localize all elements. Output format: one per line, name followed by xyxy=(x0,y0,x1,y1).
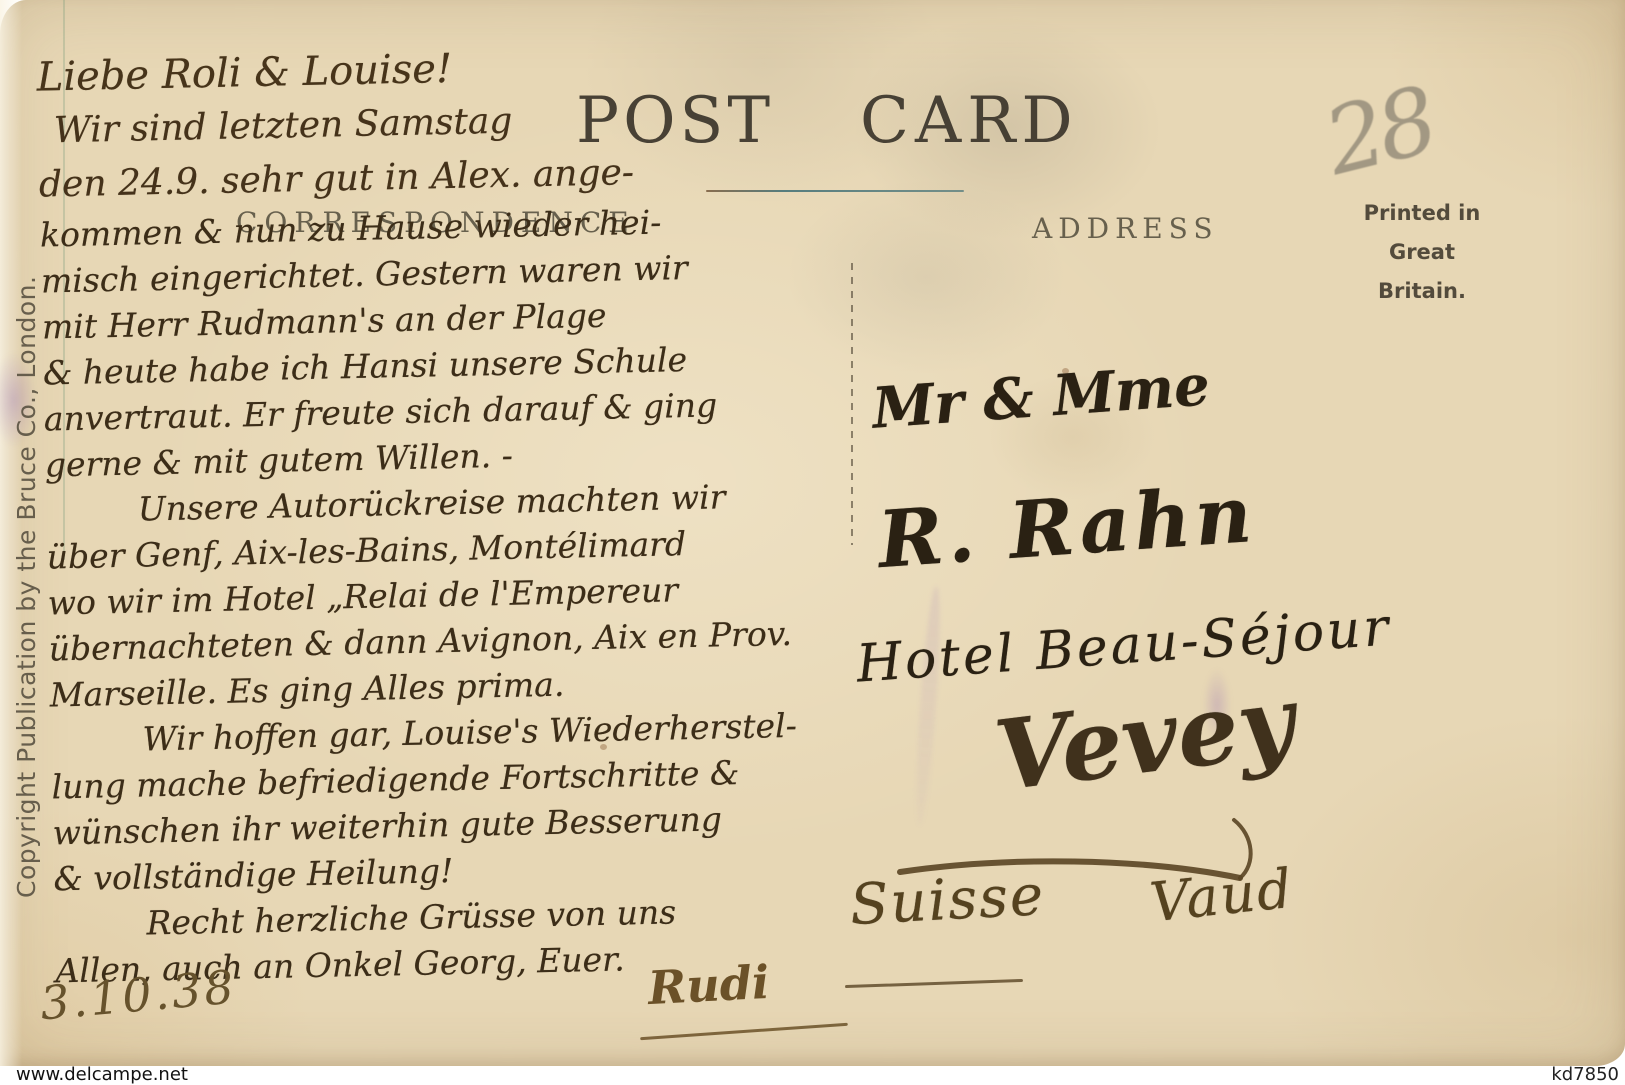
watermark-strip xyxy=(0,1066,1625,1085)
post-card-heading-card: CARD xyxy=(860,84,1079,158)
watermark-id-text: kd7850 xyxy=(1551,1064,1619,1085)
address-label: ADDRESS xyxy=(1032,212,1219,245)
printed-in-line: Printed in xyxy=(1352,194,1492,233)
printed-in-line: Britain. xyxy=(1352,272,1492,311)
signature-name: Rudi xyxy=(647,955,771,1015)
watermark-site-text: www.delcampe.net xyxy=(16,1064,188,1085)
recipient-country: Suisse xyxy=(848,863,1046,938)
copyright-notice: Copyright Publication by the Bruce Co., … xyxy=(12,276,41,898)
postcard-scan: POST CARD CORRESPONDENCE ADDRESS Printed… xyxy=(0,0,1625,1085)
printed-in-line: Great xyxy=(1352,233,1492,272)
printed-in-great-britain: Printed inGreatBritain. xyxy=(1352,194,1492,311)
ink-smudge xyxy=(912,586,945,827)
message-body: Liebe Roli & Louise!Wir sind letzten Sam… xyxy=(36,34,866,995)
